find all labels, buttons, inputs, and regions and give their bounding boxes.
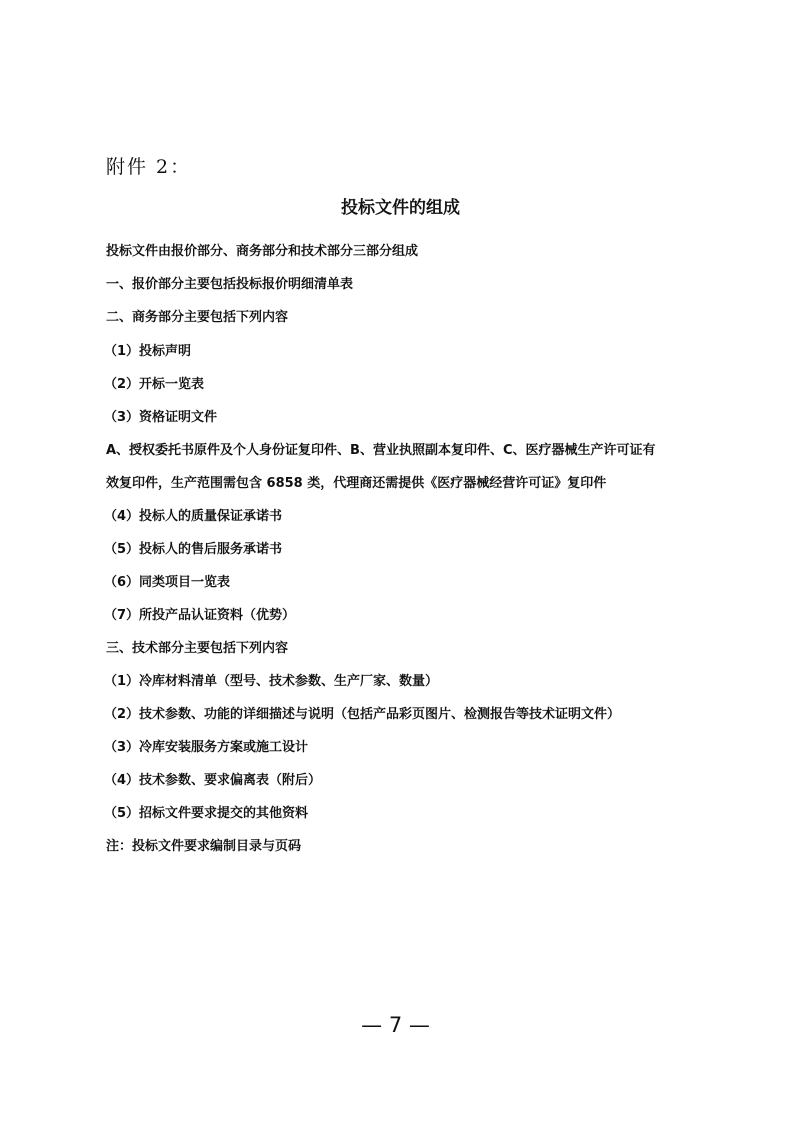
page-number: — 7 —	[0, 1013, 791, 1037]
list-item: （1）冷库材料清单（型号、技术参数、生产厂家、数量）	[104, 670, 438, 689]
list-item: （7）所投产品认证资料（优势）	[104, 604, 295, 623]
list-item-detail: A、授权委托书原件及个人身份证复印件、B、营业执照副本复印件、C、医疗器械生产许…	[106, 439, 656, 458]
section-1-heading: 一、报价部分主要包括投标报价明细清单表	[106, 273, 353, 292]
intro-text: 投标文件由报价部分、商务部分和技术部分三部分组成	[106, 240, 418, 259]
list-item: （5）投标人的售后服务承诺书	[104, 538, 282, 557]
section-2-heading: 二、商务部分主要包括下列内容	[106, 306, 288, 325]
list-item: （4）投标人的质量保证承诺书	[104, 505, 282, 524]
section-3-heading: 三、技术部分主要包括下列内容	[106, 637, 288, 656]
list-item-detail: 效复印件，生产范围需包含 6858 类，代理商还需提供《医疗器械经营许可证》复印…	[106, 472, 606, 491]
list-item: （5）招标文件要求提交的其他资料	[104, 802, 308, 821]
list-item: （2）技术参数、功能的详细描述与说明（包括产品彩页图片、检测报告等技术证明文件）	[104, 703, 620, 722]
attachment-label: 附件 2：	[106, 152, 191, 179]
document-title: 投标文件的组成	[0, 193, 791, 218]
note-text: 注：投标文件要求编制目录与页码	[106, 835, 301, 854]
list-item: （4）技术参数、要求偏离表（附后）	[104, 769, 321, 788]
list-item: （3）资格证明文件	[104, 406, 217, 425]
list-item: （6）同类项目一览表	[104, 571, 230, 590]
list-item: （2）开标一览表	[104, 373, 204, 392]
list-item: （1）投标声明	[104, 340, 191, 359]
list-item: （3）冷库安装服务方案或施工设计	[104, 736, 308, 755]
